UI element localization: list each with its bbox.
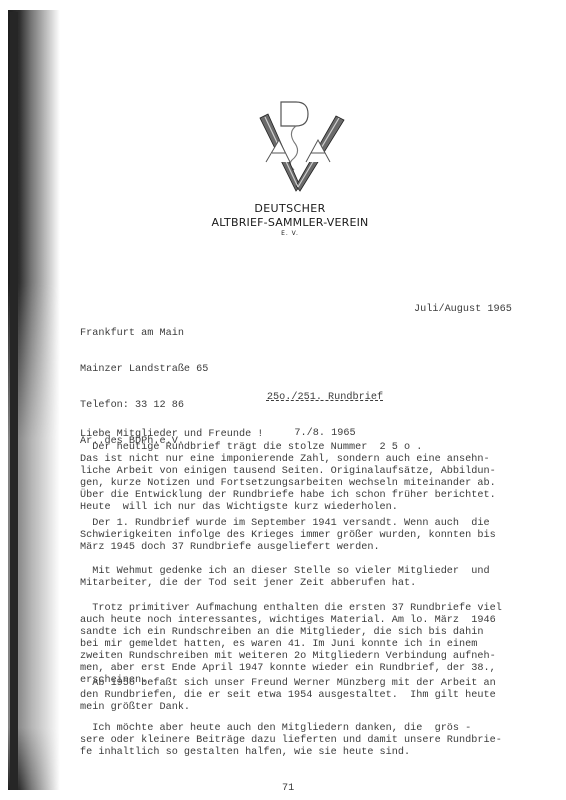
sender-line: Frankfurt am Main [80,328,208,340]
paragraph-line: mein größter Dank. [80,702,496,714]
paragraph: Ich möchte aber heute auch den Mitgliede… [80,723,502,759]
subject-title: 25o./251. Rundbrief [240,392,410,404]
subject-date: 7./8. 1965 [240,428,410,440]
paragraph: Ab 195o befaßt sich unser Freund Werner … [80,678,496,714]
paragraph-line: Ab 195o befaßt sich unser Freund Werner … [80,678,496,690]
paragraph-line: sandte ich ein Rundschreiben an die Mitg… [80,627,502,639]
org-legal-form: E. V. [180,230,400,238]
paragraph-line: Mit Wehmut gedenke ich an dieser Stelle … [80,566,490,578]
paragraph-line: sere oder kleinere Beiträge dazu liefert… [80,735,502,747]
paragraph-line: Schwierigkeiten infolge des Krieges imme… [80,530,496,542]
paragraph-line: Mitarbeiter, die der Tod seit jener Zeit… [80,578,490,590]
paragraph-line: Heute will ich nur das Wichtigste kurz w… [80,502,496,514]
organization-name: DEUTSCHER ALTBRIEF-SAMMLER-VEREIN E. V. [180,202,400,238]
paragraph-line: bei mir gemeldet hatten, es waren 41. Im… [80,639,502,651]
greeting: Liebe Mitglieder und Freunde ! [80,429,263,441]
paragraph-line: zweiten Rundschreiben mit weiteren 2o Mi… [80,651,502,663]
paragraph: Der 1. Rundbrief wurde im September 1941… [80,518,496,554]
paragraph: Mit Wehmut gedenke ich an dieser Stelle … [80,566,490,590]
letter-date: Juli/August 1965 [414,304,512,316]
dasv-monogram-logo [248,96,348,201]
paragraph-line: den Rundbriefen, die er seit etwa 1954 a… [80,690,496,702]
org-name-line2: ALTBRIEF-SAMMLER-VEREIN [180,216,400,230]
sender-line: Telefon: 33 12 86 [80,400,208,412]
paragraph-line: gen, kurze Notizen und Fortsetzungsarbei… [80,478,496,490]
paragraph-line: Trotz primitiver Aufmachung enthalten di… [80,603,502,615]
paragraph-line: Über die Entwicklung der Rundbriefe habe… [80,490,496,502]
paragraph-line: fe inhaltlich so gestalten halfen, wie s… [80,747,502,759]
paragraph-line: Das ist nicht nur eine imponierende Zahl… [80,454,496,466]
page-number: 71 [282,783,294,795]
paragraph-line: Der 1. Rundbrief wurde im September 1941… [80,518,496,530]
paragraph-line: liche Arbeit von einigen tausend Seiten.… [80,466,496,478]
subject-block: 25o./251. Rundbrief 7./8. 1965 [240,368,410,452]
paragraph-line: men, aber erst Ende April 1947 konnte wi… [80,663,502,675]
paragraph: Trotz primitiver Aufmachung enthalten di… [80,603,502,687]
paragraph-line: Der heutige Rundbrief trägt die stolze N… [80,442,496,454]
org-name-line1: DEUTSCHER [180,202,400,216]
scan-edge-line [10,12,18,790]
logo-icon [248,96,348,201]
sender-line: Mainzer Landstraße 65 [80,364,208,376]
paragraph-line: März 1945 doch 37 Rundbriefe ausgeliefer… [80,542,496,554]
paragraph: Der heutige Rundbrief trägt die stolze N… [80,442,496,514]
paragraph-line: Ich möchte aber heute auch den Mitgliede… [80,723,502,735]
paragraph-line: auch heute noch interessantes, wichtiges… [80,615,502,627]
